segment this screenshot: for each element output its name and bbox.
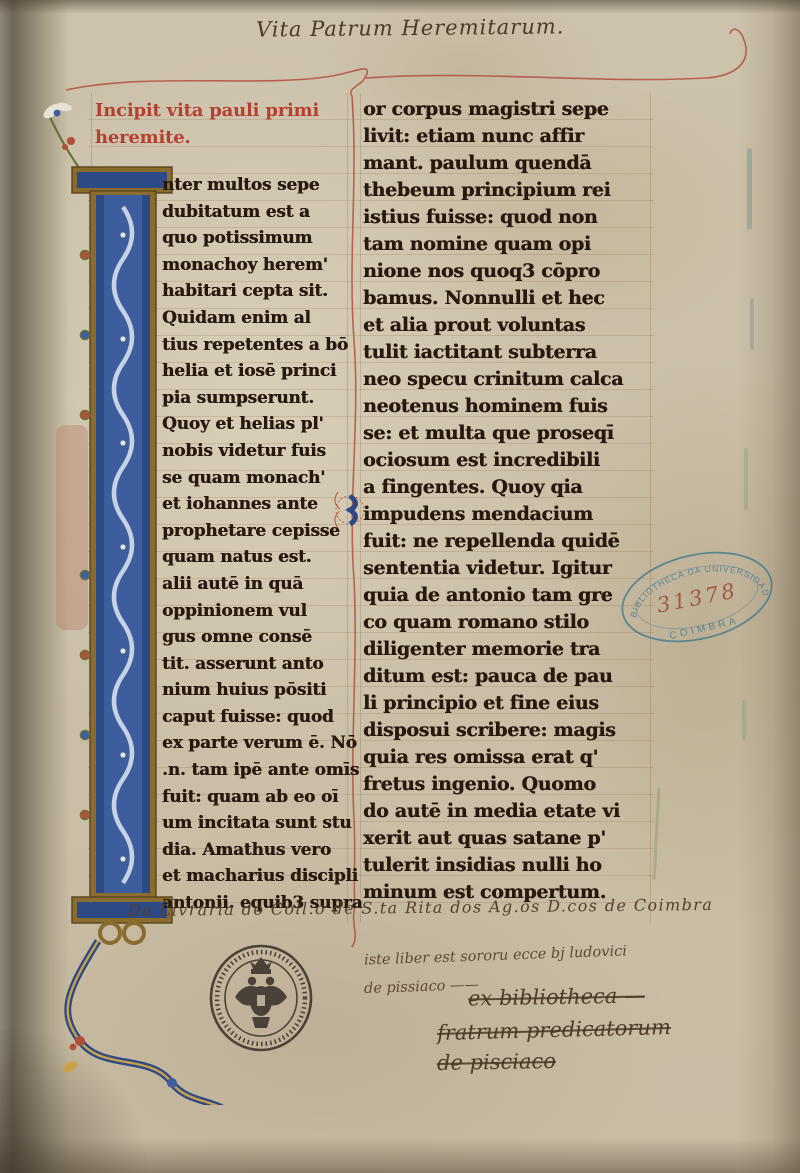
text-line: se: et multa que proseqī [363,420,653,447]
text-line: alii autē in quā [162,571,352,598]
text-line: nione nos quoq3 cōpro [363,258,653,285]
text-line: fretus ingenio. Quomo [363,771,653,798]
initial-pink-panel [56,425,88,630]
text-line: tit. asserunt anto [162,651,352,678]
text-line: a fingentes. Quoy qia [363,474,653,501]
text-line: Quidam enim al [162,305,352,332]
manuscript-page: Vita Patrum Heremitarum. Incipit vita pa… [0,0,800,1173]
crossed-out-note-line: ex bibliotheca — [468,983,645,1010]
text-line: xerit aut quas satane p' [363,825,653,852]
text-line: prophetare cepisse [162,518,352,545]
text-line: bamus. Nonnulli et hec [363,285,653,312]
text-line: do autē in media etate vi [363,798,653,825]
text-line: ex parte verum ē. Nō [162,730,352,757]
text-line: tulerit insidias nulli ho [363,852,653,879]
text-line: dubitatum est a [162,199,352,226]
text-line: nium huius pōsiti [162,677,352,704]
text-line: gus omne consē [162,624,352,651]
text-line: et iohannes ante [162,491,352,518]
text-line: helia et iosē princi [162,358,352,385]
text-line: caput fuisse: quod [162,704,352,731]
text-line: quia res omissa erat q' [363,744,653,771]
text-line: habitari cepta sit. [162,278,352,305]
text-line: se quam monach' [162,465,352,492]
heraldic-seal-stamp [205,943,317,1053]
text-line: .n. tam ipē ante omīs [162,757,352,784]
text-line: quo potissimum [162,225,352,252]
text-line: et alia prout voluntas [363,312,653,339]
text-line: neo specu crinitum calca [363,366,653,393]
text-line: pia sumpserunt. [162,385,352,412]
text-line: quam natus est. [162,544,352,571]
text-line: tulit iactitant subterra [363,339,653,366]
text-line: thebeum principium rei [363,177,653,204]
text-line: istius fuisse: quod non [363,204,653,231]
text-line: or corpus magistri sepe [363,96,653,123]
text-line: ditum est: pauca de pau [363,663,653,690]
text-line: monachoy herem' [162,252,352,279]
seal-coat-of-arms [235,957,287,1028]
text-line: diligenter memorie tra [363,636,653,663]
text-line: tam nomine quam opi [363,231,653,258]
text-column-right: or corpus magistri sepelivit: etiam nunc… [363,96,653,906]
text-line: livit: etiam nunc affir [363,123,653,150]
text-line: co quam romano stilo [363,609,653,636]
text-line: li principio et fine eius [363,690,653,717]
text-line: nobis videtur fuis [162,438,352,465]
text-line: fuit: quam ab eo oī [162,784,352,811]
text-line: neotenus hominem fuis [363,393,653,420]
text-line: fuit: ne repellenda quidē [363,528,653,555]
text-line: et macharius discipli [162,863,352,890]
text-line: nter multos sepe [162,172,352,199]
text-line: ociosum est incredibili [363,447,653,474]
text-line: impudens mendacium [363,501,653,528]
text-line: Quoy et helias pl' [162,411,352,438]
text-line: oppinionem vul [162,598,352,625]
text-line: mant. paulum quendā [363,150,653,177]
crossed-out-note-line: de pisciaco [437,1049,556,1075]
text-column-left: nter multos sepedubitatum est aquo potis… [162,172,352,917]
text-line: tius repetentes a bō [162,332,352,359]
initial-top-foliage [41,101,84,175]
text-line: disposui scribere: magis [363,717,653,744]
text-line: dia. Amathus vero [162,837,352,864]
text-line: um incitata sunt stu [162,810,352,837]
